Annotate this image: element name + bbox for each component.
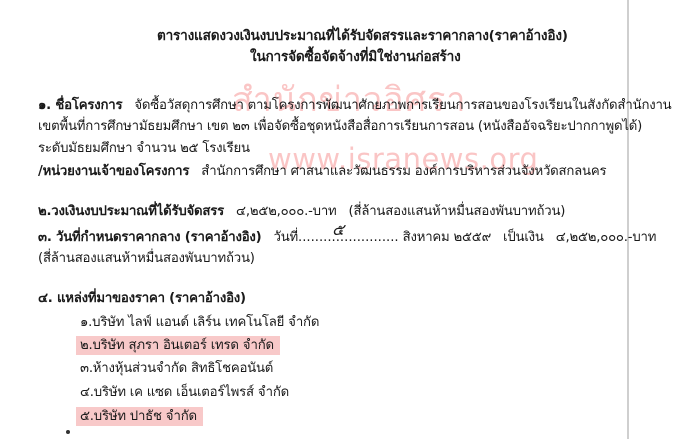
price-source-2: ๒.บริษัท สุภรา อินเตอร์ เทรด จำกัด [76,337,280,355]
section3-amount-prefix: เป็นเงิน [503,230,544,245]
price-source-1: ๑.บริษัท ไลฟ์ แอนด์ เลิร์น เทคโนโลยี จำก… [80,314,319,332]
section3-month-year: สิงหาคม ๒๕๕๙ [403,230,491,245]
section3-amount: ๔,๒๕๒,๐๐๐.-บาท [556,230,657,245]
section2-label: ๒.วงเงินงบประมาณที่ได้รับจัดสรร [38,204,224,219]
section4-label: ๔. แหล่งที่มาของราคา (ราคาอ้างอิง) [38,290,246,308]
price-source-3: ๓.ห้างหุ้นส่วนจำกัด สิทธิโชคอนันต์ [80,360,273,378]
section1-value-line3: ระดับมัธยมศึกษา จำนวน ๒๕ โรงเรียน [38,140,250,158]
section3-reference-date: ๓. วันที่กำหนดราคากลาง (ราคาอ้างอิง) วัน… [38,229,656,247]
section1-value-line2: เขตพื้นที่การศึกษามัธยมศึกษา เขต ๒๓ เพื่… [38,118,642,136]
section2-amount: ๔,๒๕๒,๐๐๐.-บาท [236,204,337,219]
section1-owner: /หน่วยงานเจ้าของโครงการ สำนักการศึกษา ศา… [38,163,606,181]
section2-budget: ๒.วงเงินงบประมาณที่ได้รับจัดสรร ๔,๒๕๒,๐๐… [38,203,565,221]
section3-date-prefix: วันที่ [274,230,299,245]
price-source-5-highlight: ๕.บริษัท ปาธัช จำกัด [76,407,203,426]
section3-label: ๓. วันที่กำหนดราคากลาง (ราคาอ้างอิง) [38,230,262,245]
document-title-line2: ในการจัดซื้อจัดจ้างที่มิใช่งานก่อสร้าง [250,48,461,66]
price-source-2-highlight: ๒.บริษัท สุภรา อินเตอร์ เทรด จำกัด [76,336,280,355]
cut-off-text-mark [66,430,70,434]
section2-amount-text: (สี่ล้านสองแสนห้าหมื่นสองพันบาทถ้วน) [349,204,566,219]
owner-label: /หน่วยงานเจ้าของโครงการ [38,164,189,179]
section3-amount-text: (สี่ล้านสองแสนห้าหมื่นสองพันบาทถ้วน) [38,250,255,268]
price-source-5: ๕.บริษัท ปาธัช จำกัด [76,408,203,426]
document-page: ตารางแสดงวงเงินงบประมาณที่ได้รับจัดสรรแล… [0,0,700,439]
section1-label: ๑. ชื่อโครงการ [38,98,122,113]
document-title-line1: ตารางแสดงวงเงินงบประมาณที่ได้รับจัดสรรแล… [157,27,568,45]
owner-value: สำนักการศึกษา ศาสนาและวัฒนธรรม องค์การบร… [201,164,606,179]
section1-value-line1: จัดซื้อวัสดุการศึกษา ตามโครงการพัฒนาศักย… [134,98,671,113]
page-edge-divider [627,0,629,439]
handwritten-day: ๕ [332,221,344,239]
section3-date-dots: ........................๕ [298,230,399,245]
price-source-4: ๔.บริษัท เค แซด เอ็นเตอร์ไพรส์ จำกัด [80,384,289,402]
section1-project-name: ๑. ชื่อโครงการ จัดซื้อวัสดุการศึกษา ตามโ… [38,97,671,115]
